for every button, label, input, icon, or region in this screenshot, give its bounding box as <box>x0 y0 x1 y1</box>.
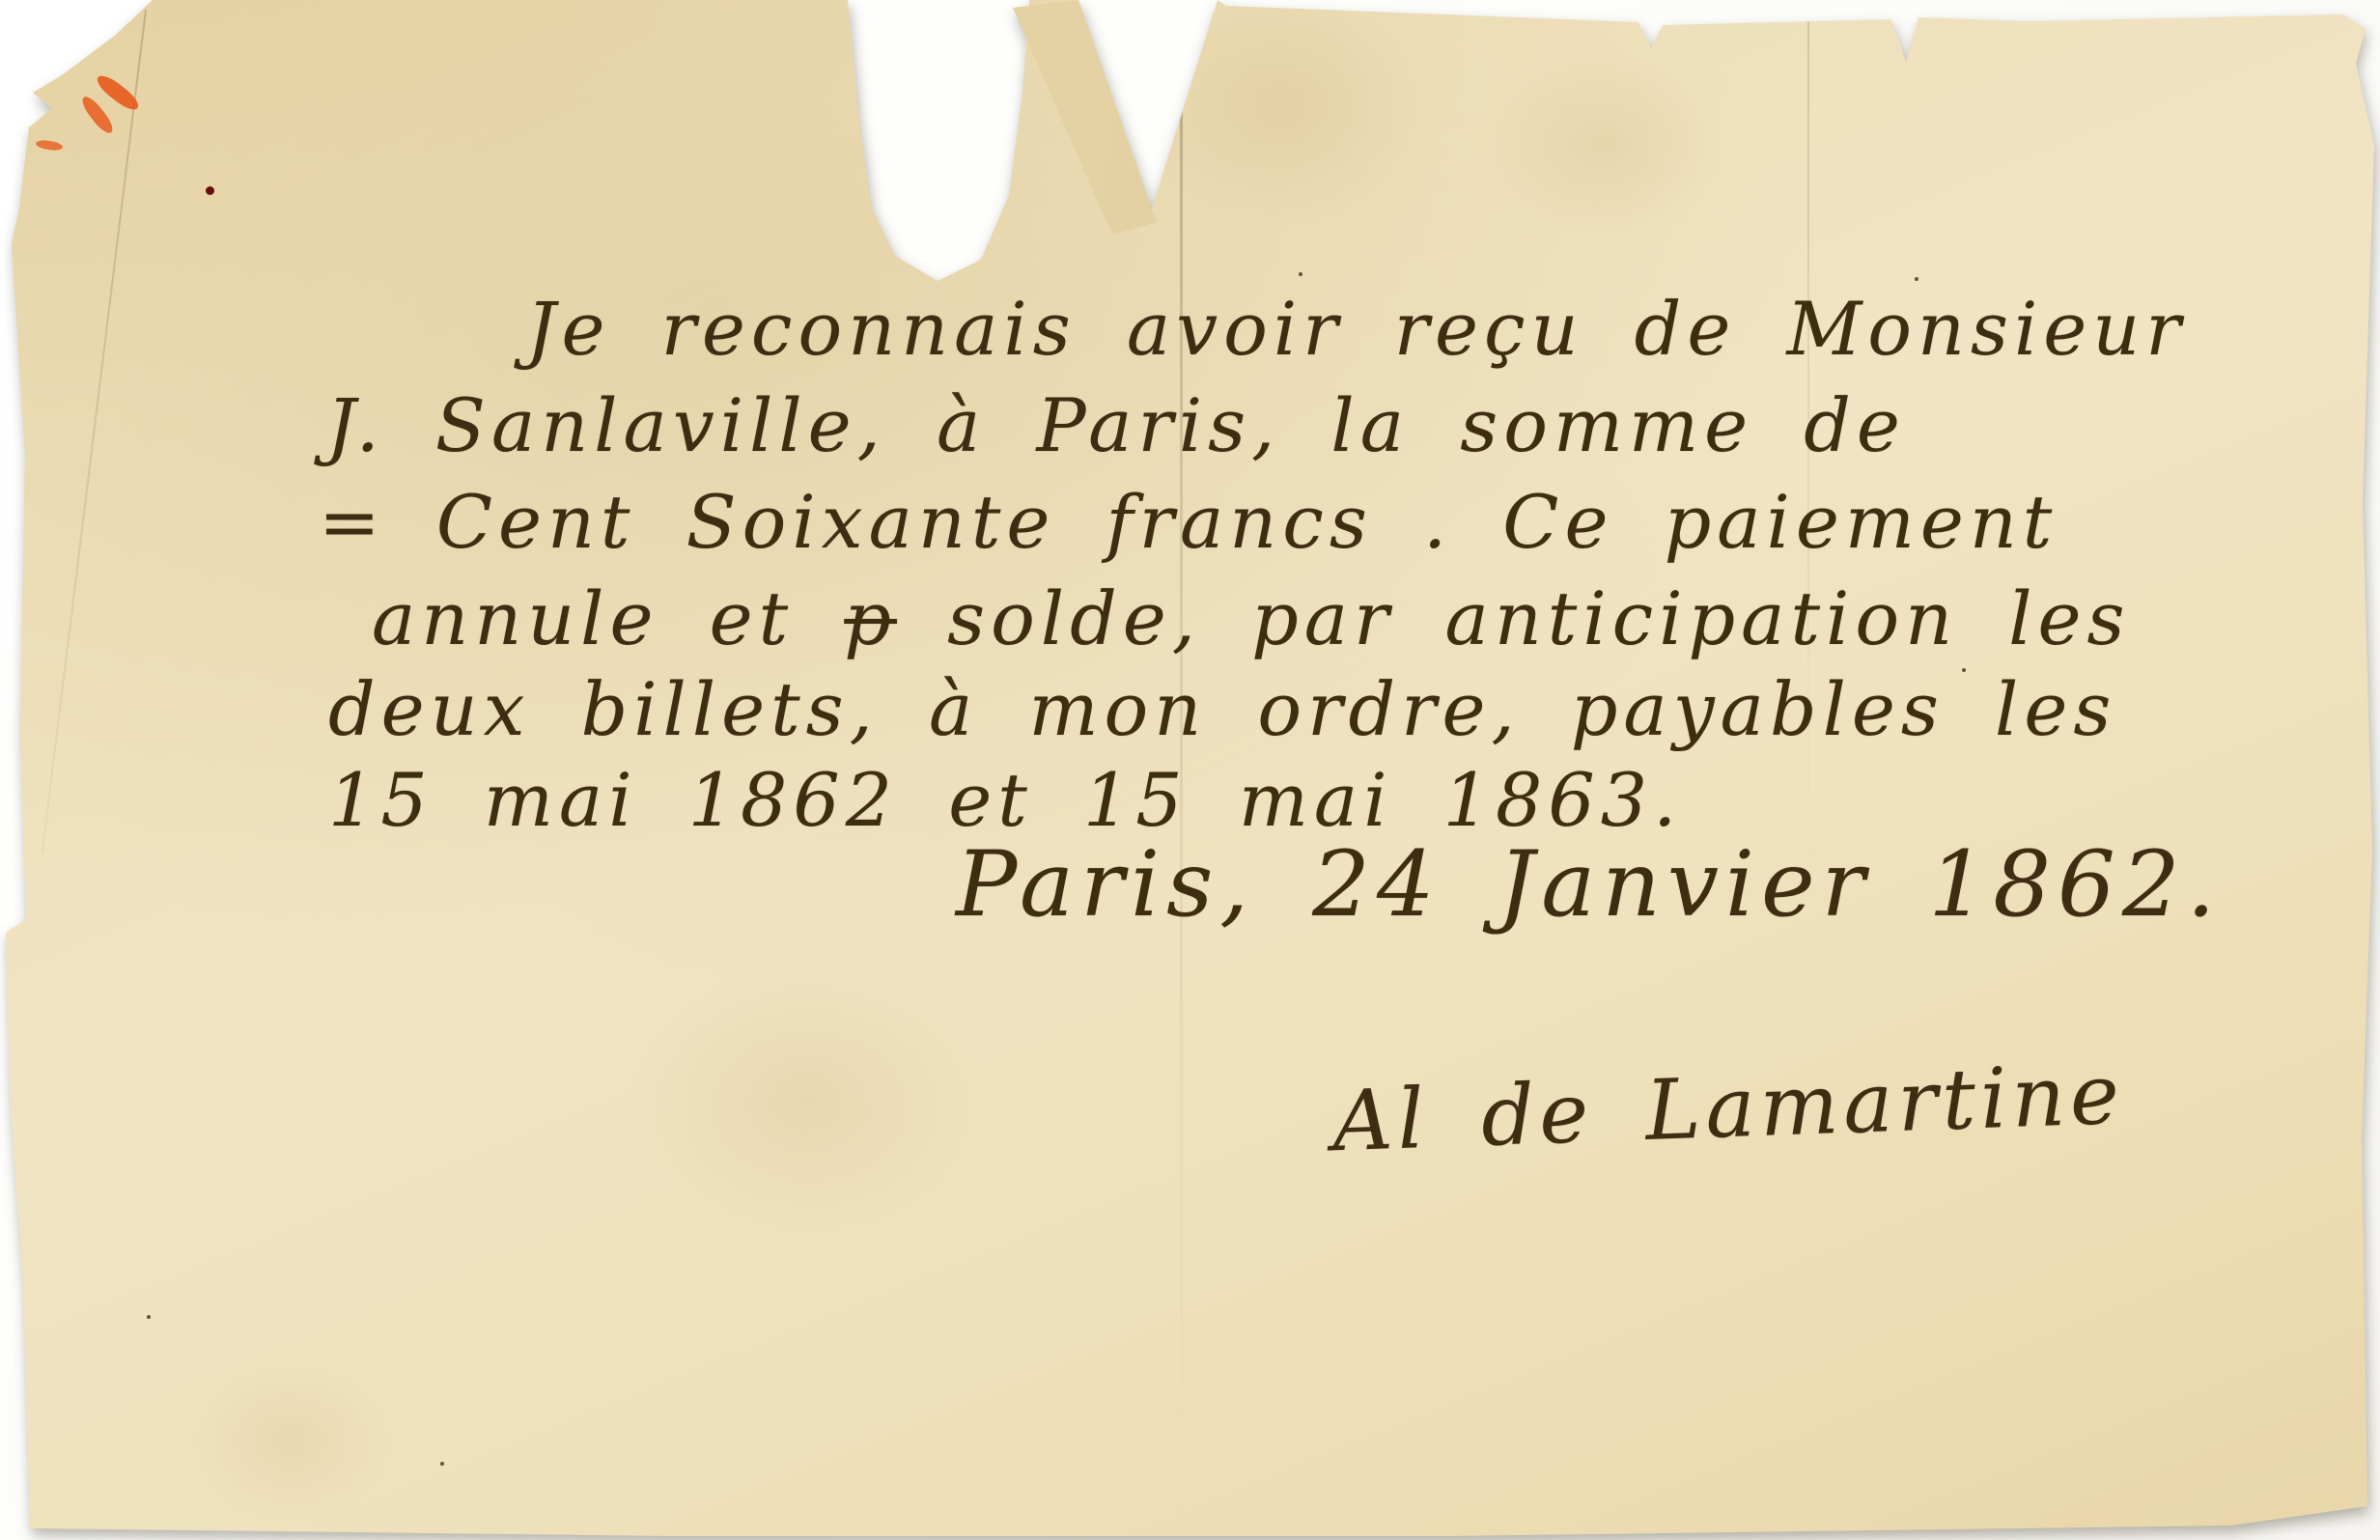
paper-speck <box>440 1462 444 1466</box>
diagonal-crease <box>42 10 147 854</box>
crayon-mark <box>36 139 64 152</box>
paper-speck <box>1299 272 1302 276</box>
handwriting-line-4: annule et p solde, par anticipation les <box>372 575 2130 661</box>
handwriting-line-5: deux billets, à mon ordre, payables les <box>328 666 2116 752</box>
handwriting-line-6: 15 mai 1862 et 15 mai 1863. <box>328 757 1682 843</box>
ink-spot <box>206 186 214 195</box>
paper-speck <box>1915 277 1918 281</box>
dateline: Paris, 24 Janvier 1862. <box>956 832 2223 938</box>
line-4-after: solde, par anticipation les <box>897 575 2131 661</box>
line-4-before: annule et <box>372 575 844 661</box>
scan-background: Je reconnais avoir reçu de Monsieur J. S… <box>0 0 2380 1540</box>
signature: Al de Lamartine <box>1331 1047 2126 1171</box>
crayon-mark <box>78 94 116 137</box>
handwriting-line-2: J. Sanlaville, à Paris, la somme de <box>326 382 1906 468</box>
paper-wrapper: Je reconnais avoir reçu de Monsieur J. S… <box>0 0 2380 1540</box>
handwriting-line-3: = Cent Soixante francs . Ce paiement <box>319 479 2058 565</box>
paper-speck <box>147 1315 151 1319</box>
document-paper: Je reconnais avoir reçu de Monsieur J. S… <box>0 0 2380 1540</box>
line-4-struck-letter: p <box>844 575 897 661</box>
handwriting-line-1: Je reconnais avoir reçu de Monsieur <box>526 286 2187 372</box>
